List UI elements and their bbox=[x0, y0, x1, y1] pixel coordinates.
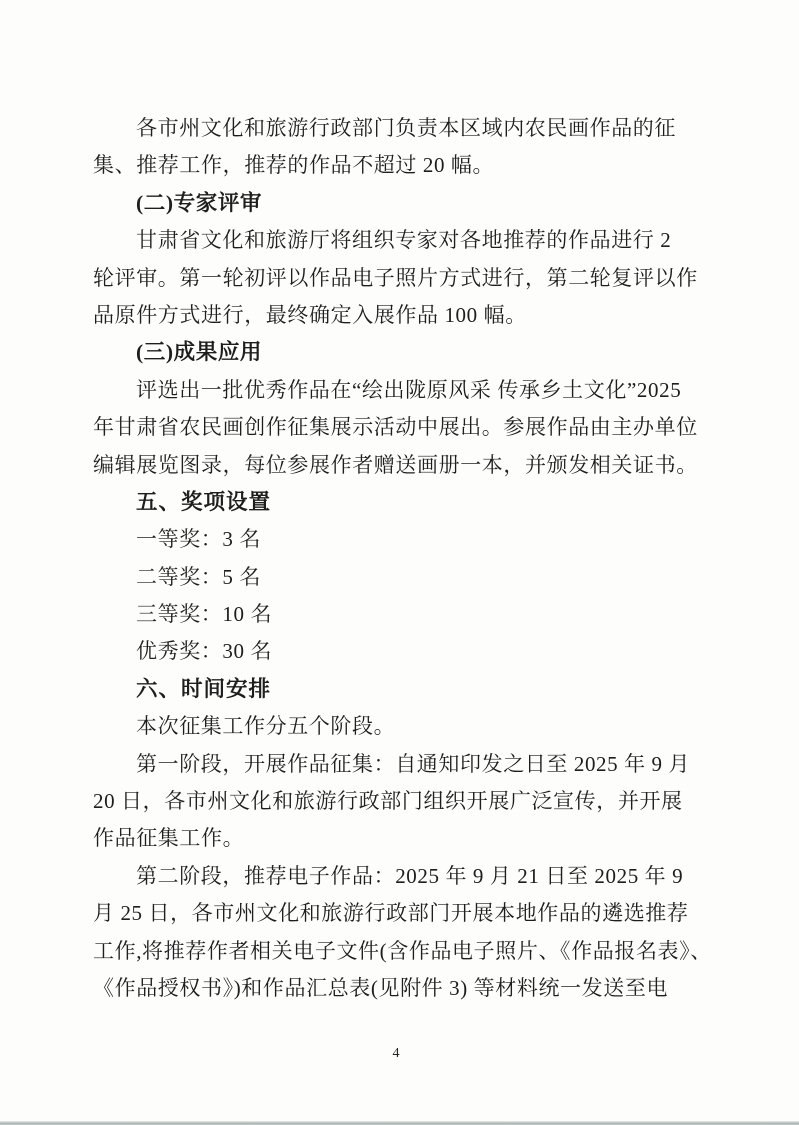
paragraph-line: 第二阶段，推荐电子作品：2025 年 9 月 21 日至 2025 年 9 bbox=[93, 858, 699, 895]
award-line-excellence-prize: 优秀奖：30 名 bbox=[93, 633, 699, 670]
paragraph-line: 编辑展览图录，每位参展作者赠送画册一本，并颁发相关证书。 bbox=[93, 447, 699, 484]
paragraph-line: 年甘肃省农民画创作征集展示活动中展出。参展作品由主办单位 bbox=[93, 409, 699, 446]
section-heading-awards: 五、奖项设置 bbox=[93, 484, 699, 521]
page-number: 4 bbox=[93, 1046, 699, 1062]
paragraph-line: 《作品授权书》)和作品汇总表(见附件 3) 等材料统一发送至电 bbox=[93, 970, 699, 1007]
paragraph-line: 工作,将推荐作者相关电子文件(含作品电子照片、《作品报名表》、 bbox=[93, 933, 699, 970]
scan-edge-artifact bbox=[0, 1121, 799, 1125]
paragraph-line: 第一阶段，开展作品征集：自通知印发之日至 2025 年 9 月 bbox=[93, 746, 699, 783]
paragraph-line: 20 日，各市州文化和旅游行政部门组织开展广泛宣传，并开展 bbox=[93, 783, 699, 820]
document-body: 各市州文化和旅游行政部门负责本区域内农民画作品的征 集、推荐工作，推荐的作品不超… bbox=[93, 110, 699, 1007]
paragraph-line: 本次征集工作分五个阶段。 bbox=[93, 708, 699, 745]
section-heading-expert-review: (二)专家评审 bbox=[93, 185, 699, 222]
paragraph-line: 集、推荐工作，推荐的作品不超过 20 幅。 bbox=[93, 147, 699, 184]
paragraph-line: 品原件方式进行，最终确定入展作品 100 幅。 bbox=[93, 297, 699, 334]
paragraph-line: 轮评审。第一轮初评以作品电子照片方式进行，第二轮复评以作 bbox=[93, 260, 699, 297]
award-line-first-prize: 一等奖：3 名 bbox=[93, 521, 699, 558]
section-heading-results-application: (三)成果应用 bbox=[93, 334, 699, 371]
paragraph-line: 月 25 日，各市州文化和旅游行政部门开展本地作品的遴选推荐 bbox=[93, 895, 699, 932]
document-page: 各市州文化和旅游行政部门负责本区域内农民画作品的征 集、推荐工作，推荐的作品不超… bbox=[0, 0, 799, 1125]
award-line-third-prize: 三等奖：10 名 bbox=[93, 596, 699, 633]
section-heading-schedule: 六、时间安排 bbox=[93, 671, 699, 708]
paragraph-line: 甘肃省文化和旅游厅将组织专家对各地推荐的作品进行 2 bbox=[93, 222, 699, 259]
paragraph-line: 作品征集工作。 bbox=[93, 820, 699, 857]
paragraph-line: 评选出一批优秀作品在“绘出陇原风采 传承乡土文化”2025 bbox=[93, 372, 699, 409]
paragraph-line: 各市州文化和旅游行政部门负责本区域内农民画作品的征 bbox=[93, 110, 699, 147]
award-line-second-prize: 二等奖：5 名 bbox=[93, 559, 699, 596]
